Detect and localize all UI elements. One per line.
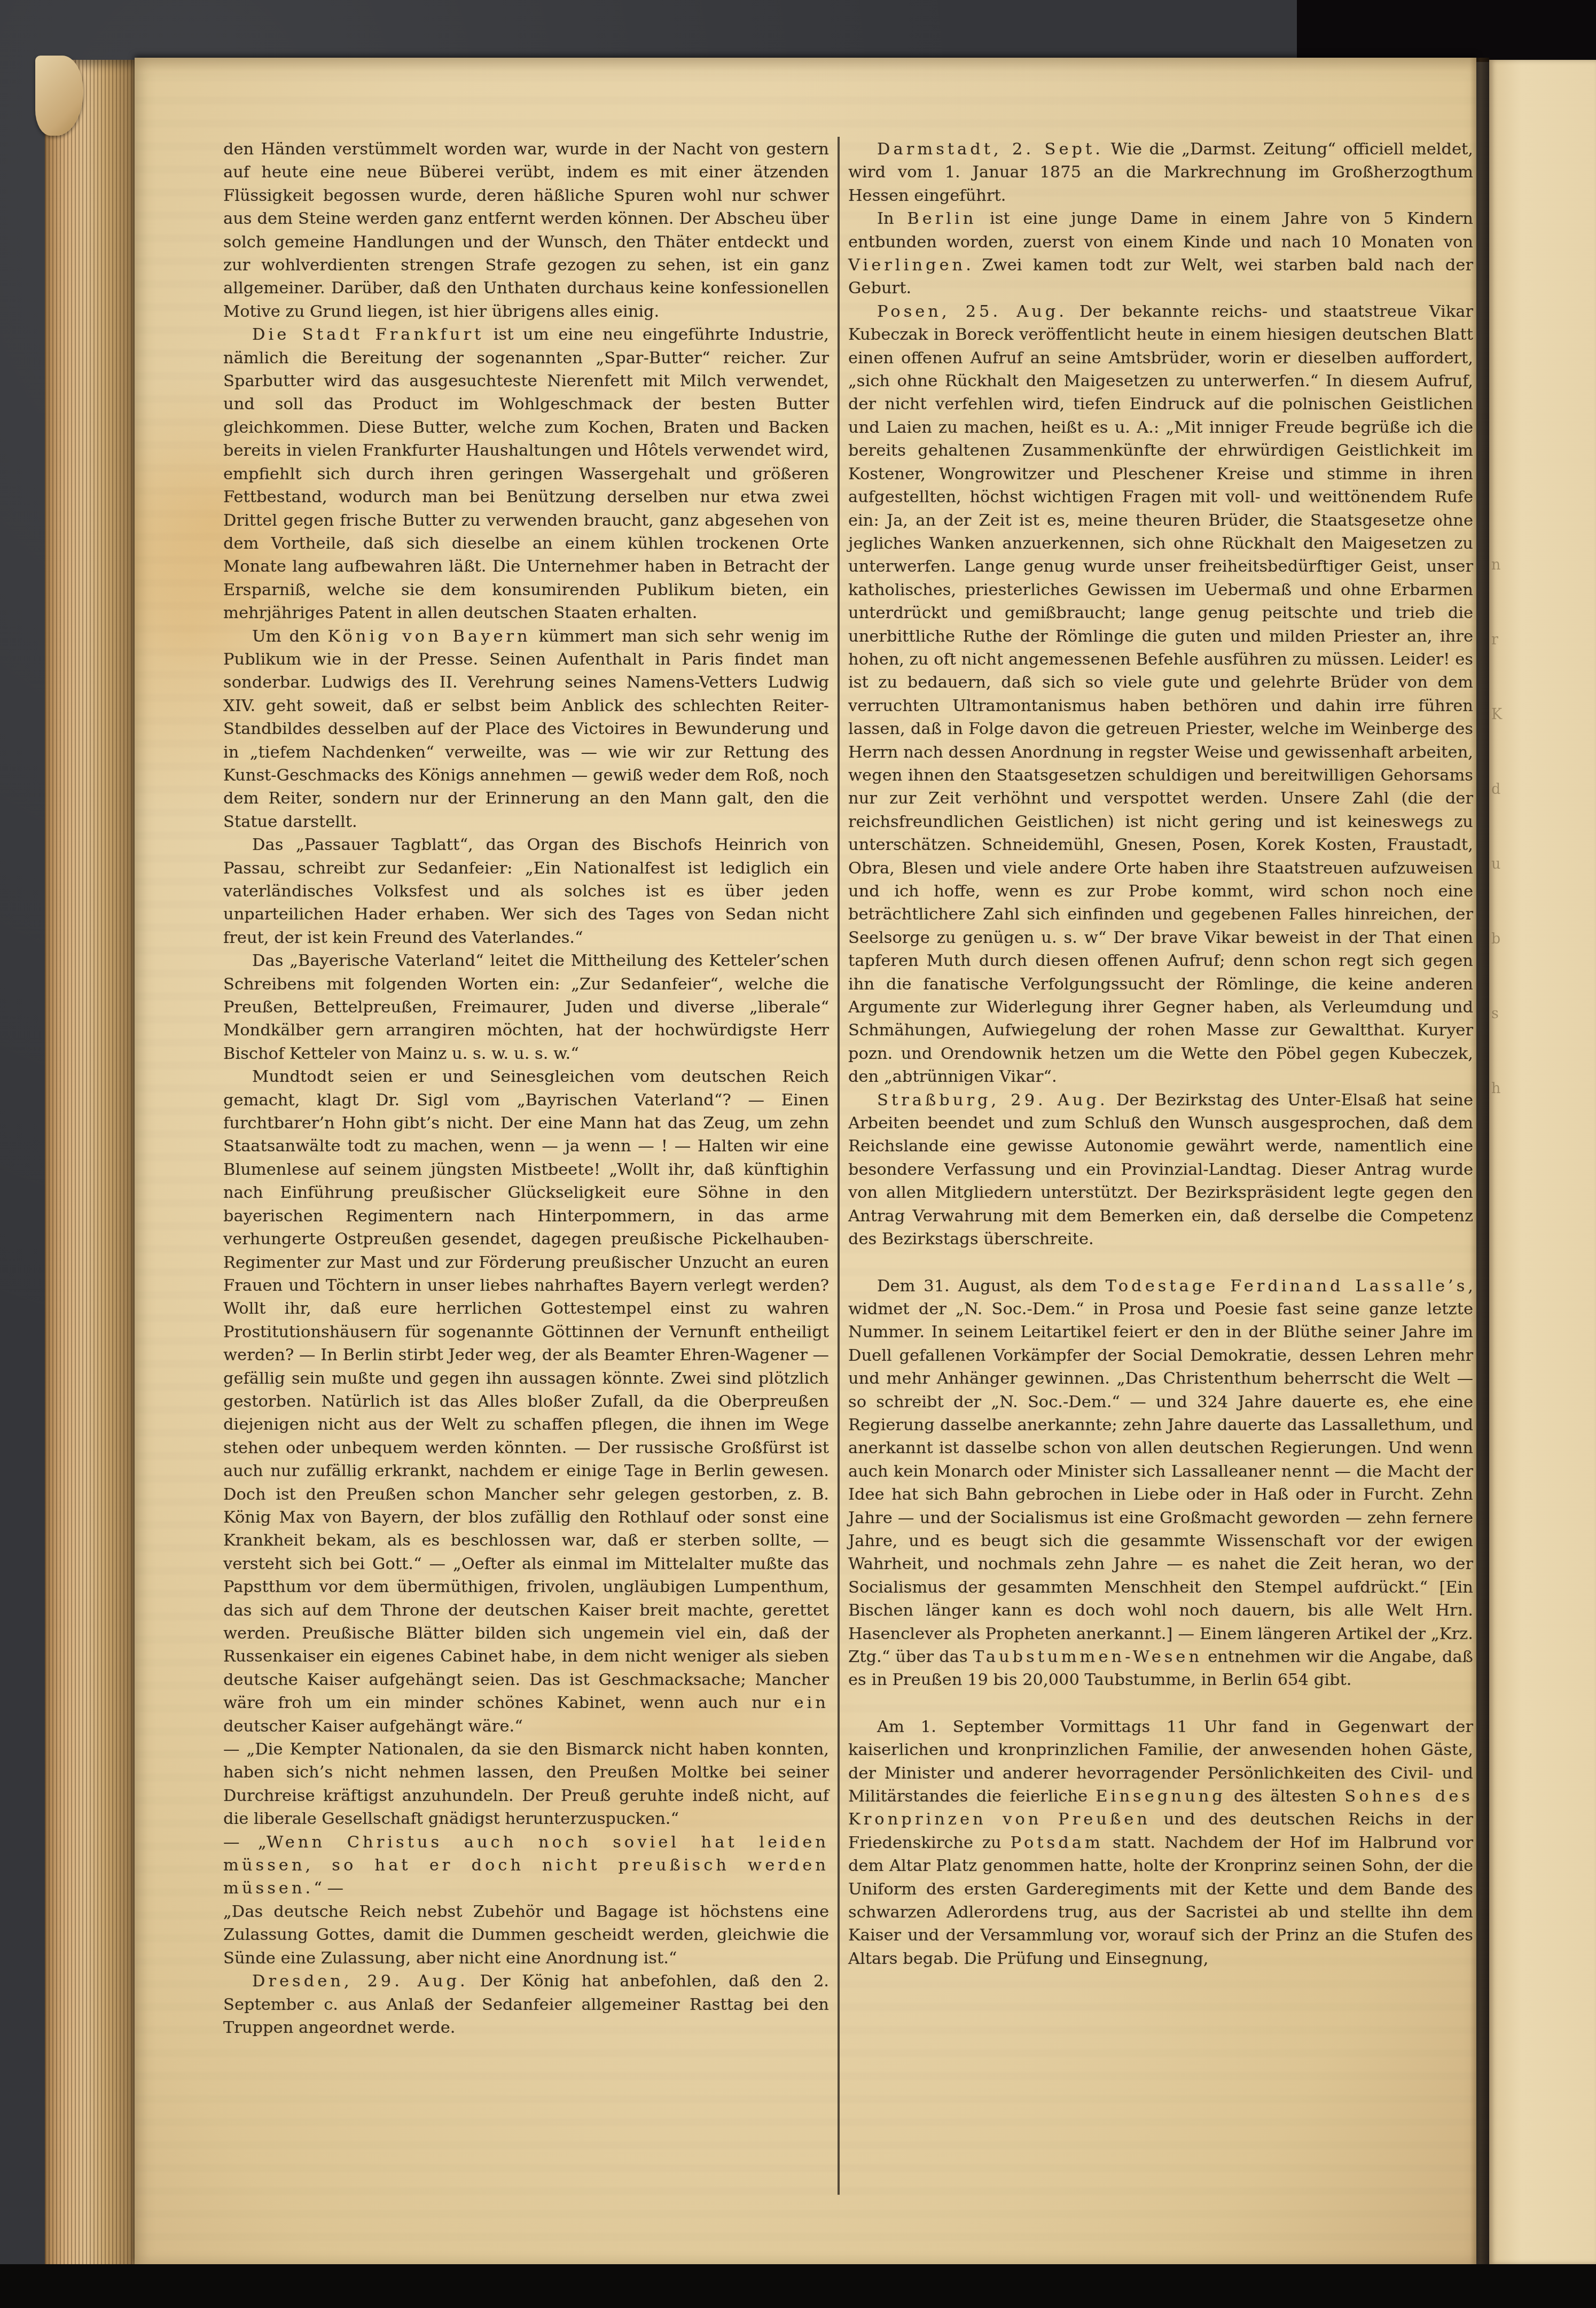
paragraph-text: Der Bezirkstag des Unter-Elsaß hat seine… (848, 1091, 1473, 1249)
newspaper-paragraph: Dem 31. August, als dem Todestage Ferdin… (848, 1275, 1473, 1692)
paragraph-text: Mundtodt seien er und Seinesgleichen vom… (223, 1067, 829, 1712)
newspaper-paragraph: „Das deutsche Reich nebst Zubehör und Ba… (223, 1900, 829, 1970)
paragraph-text: Dresden, 29. Aug. (252, 1972, 468, 1991)
paragraph-text: Die Stadt Frankfurt (252, 325, 484, 344)
paragraph-text: ist um eine neu eingeführte Industrie, n… (223, 325, 829, 622)
newspaper-page: den Händen verstümmelt worden war, wurde… (135, 58, 1476, 2264)
paragraph-text: Das „Passauer Tagblatt“, das Organ des B… (223, 836, 829, 947)
paragraph-text: Berlin (907, 209, 976, 228)
paragraph-text: Potsdam (1011, 1834, 1104, 1852)
newspaper-paragraph: Darmstadt, 2. Sept. Wie die „Darmst. Zei… (848, 138, 1473, 207)
paragraph-text: , widmet der „N. Soc.-Dem.“ in Prosa und… (848, 1277, 1473, 1667)
adjacent-page-text-fragment: d (1491, 781, 1507, 798)
newspaper-paragraph: Dresden, 29. Aug. Der König hat anbefohl… (223, 1970, 829, 2039)
paragraph-text: Taubstummen-Wesen (973, 1648, 1202, 1666)
adjacent-page-text-fragment: n (1491, 557, 1507, 573)
paragraph-text: — „ (223, 1833, 267, 1852)
paragraph-text: den Händen verstümmelt worden war, wurde… (223, 140, 829, 321)
paragraph-text: Der bekannte reichs- und staatstreue Vik… (848, 302, 1473, 1086)
paragraph-text: kümmert man sich sehr wenig im Publikum … (223, 627, 829, 831)
book-cover-bottom-edge (0, 2264, 1596, 2308)
paragraph-text: Dem 31. August, als dem (877, 1277, 1106, 1296)
newspaper-paragraph: — „Wenn Christus auch noch soviel hat le… (223, 1831, 829, 1900)
paragraph-text: Das „Bayerische Vaterland“ leitet die Mi… (223, 952, 829, 1063)
paragraph-text: „Das deutsche Reich nebst Zubehör und Ba… (223, 1902, 829, 1968)
text-column-left: den Händen verstümmelt worden war, wurde… (223, 138, 829, 2039)
paragraph-text: König von Bayern (327, 627, 530, 646)
newspaper-paragraph: Straßburg, 29. Aug. Der Bezirkstag des U… (848, 1089, 1473, 1251)
adjacent-page-text-fragment: r (1491, 631, 1507, 648)
paragraph-text: Posen, 25. Aug. (877, 302, 1067, 321)
newspaper-paragraph: Mundtodt seien er und Seinesgleichen vom… (223, 1065, 829, 1738)
adjacent-page-text-fragment: b (1491, 931, 1507, 947)
paragraph-text: Darmstadt, 2. Sept. (877, 140, 1104, 159)
adjacent-page-sliver: nrKdubsh (1489, 60, 1596, 2264)
paragraph-text: “ — (314, 1879, 343, 1898)
paragraph-text: Todestage Ferdinand Lassalle’s (1106, 1277, 1468, 1296)
newspaper-paragraph: Am 1. September Vormittags 11 Uhr fand i… (848, 1716, 1473, 1970)
adjacent-page-text-fragment: u (1491, 856, 1507, 872)
paragraph-text: ein (794, 1694, 829, 1712)
page-edge-stack (45, 60, 136, 2265)
binding-gutter-shadow (1470, 58, 1489, 2264)
adjacent-page-text-fragment: h (1491, 1080, 1507, 1097)
paragraph-text: des ältesten (1226, 1787, 1345, 1806)
newspaper-paragraph: Das „Bayerische Vaterland“ leitet die Mi… (223, 949, 829, 1065)
paragraph-text: Um den (252, 627, 327, 646)
text-column-right: Darmstadt, 2. Sept. Wie die „Darmst. Zei… (848, 138, 1473, 1970)
newspaper-paragraph: Das „Passauer Tagblatt“, das Organ des B… (223, 833, 829, 949)
newspaper-paragraph: den Händen verstümmelt worden war, wurde… (223, 138, 829, 323)
photographed-book-page: { "document": { "kind": "scanned 19th-ce… (0, 0, 1596, 2308)
paragraph-text: — „Die Kempter Nationalen, da sie den Bi… (223, 1740, 829, 1828)
adjacent-page-text-fragment: s (1491, 1005, 1507, 1022)
newspaper-paragraph: In Berlin ist eine junge Dame in einem J… (848, 207, 1473, 300)
newspaper-paragraph: Um den König von Bayern kümmert man sich… (223, 625, 829, 834)
newspaper-paragraph: — „Die Kempter Nationalen, da sie den Bi… (223, 1738, 829, 1831)
paragraph-text: In (877, 209, 907, 228)
newspaper-paragraph: Posen, 25. Aug. Der bekannte reichs- und… (848, 300, 1473, 1089)
newspaper-paragraph: Die Stadt Frankfurt ist um eine neu eing… (223, 323, 829, 625)
column-divider (838, 137, 840, 2195)
paragraph-text: statt. Nachdem der Hof im Halbrund vor d… (848, 1834, 1473, 1968)
paragraph-text: Vierlingen (848, 256, 966, 275)
paragraph-text: deutscher Kaiser aufgehängt wäre.“ (223, 1717, 523, 1736)
adjacent-page-text-fragment: K (1491, 706, 1507, 723)
paragraph-text: Einsegnung (1096, 1787, 1225, 1806)
paragraph-text: Straßburg, 29. Aug. (877, 1091, 1108, 1110)
